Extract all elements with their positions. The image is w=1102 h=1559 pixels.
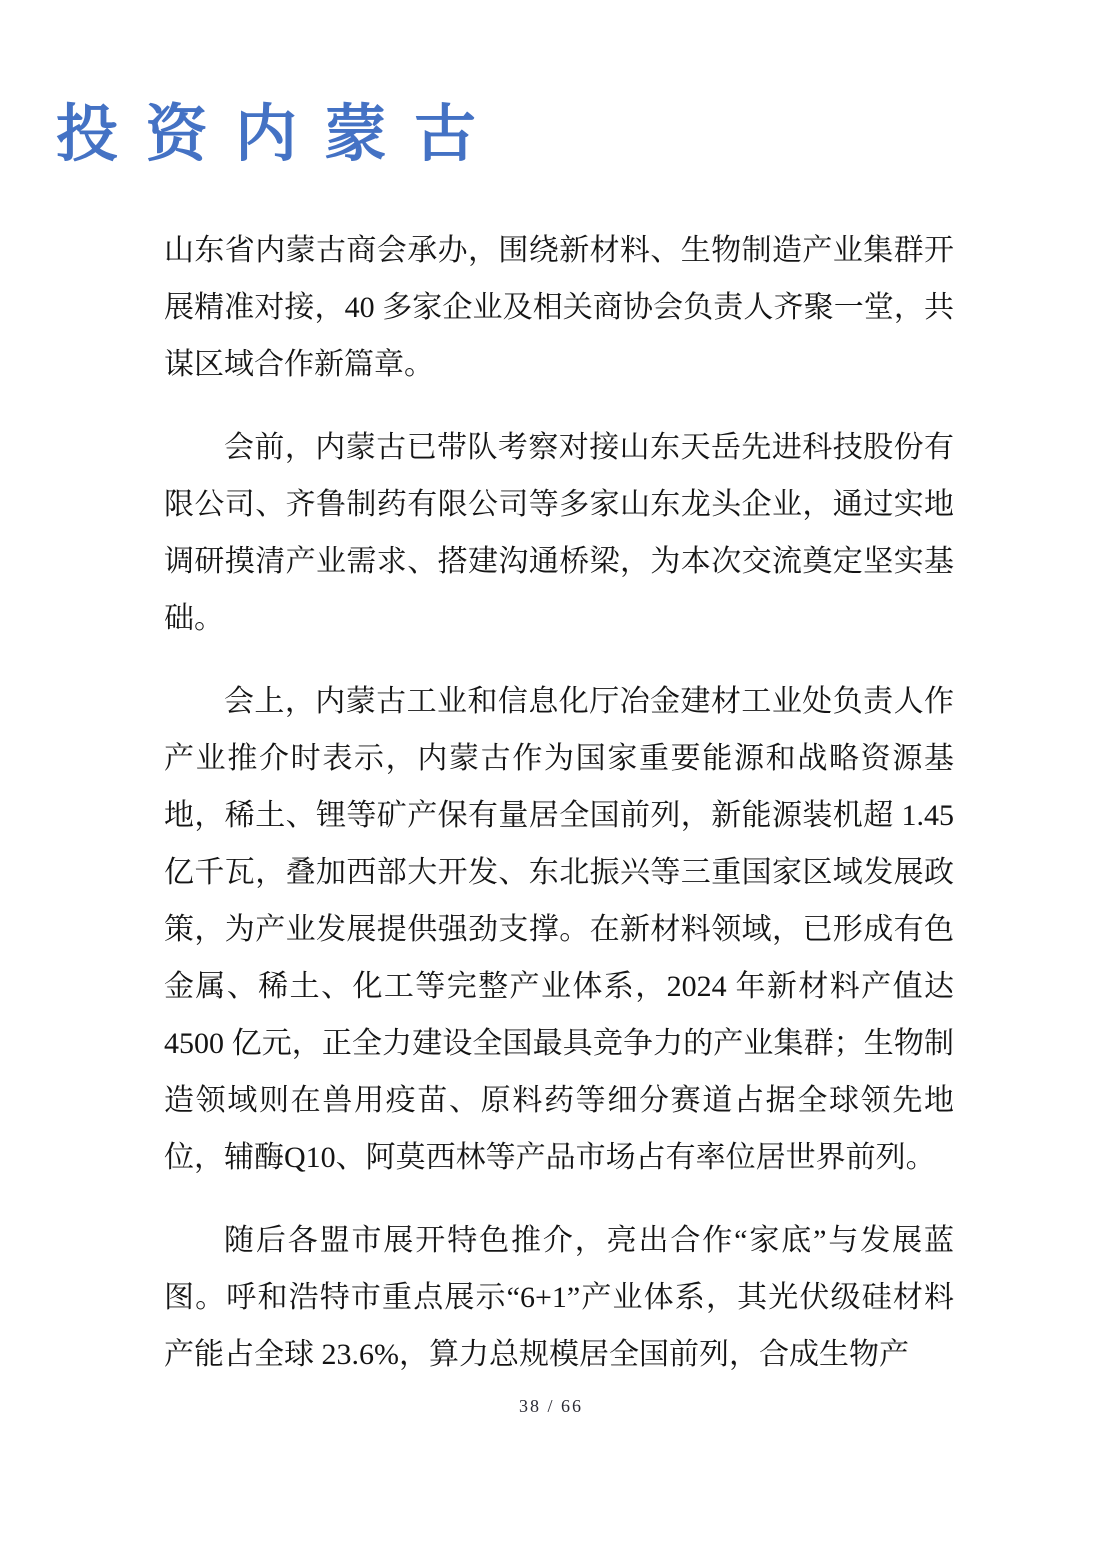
paragraph: 会前，内蒙古已带队考察对接山东天岳先进科技股份有限公司、齐鲁制药有限公司等多家山…	[164, 419, 954, 647]
page-title: 投 资 内 蒙 古	[56, 84, 482, 173]
paragraph: 随后各盟市展开特色推介，亮出合作“家底”与发展蓝图。呼和浩特市重点展示“6+1”…	[164, 1212, 954, 1383]
paragraph: 会上，内蒙古工业和信息化厅冶金建材工业处负责人作产业推介时表示，内蒙古作为国家重…	[164, 673, 954, 1186]
paragraph: 山东省内蒙古商会承办，围绕新材料、生物制造产业集群开展精准对接，40 多家企业及…	[164, 222, 954, 393]
page-number: 38 / 66	[0, 1396, 1102, 1417]
body-text: 山东省内蒙古商会承办，围绕新材料、生物制造产业集群开展精准对接，40 多家企业及…	[164, 222, 954, 1409]
document-page: 投 资 内 蒙 古 山东省内蒙古商会承办，围绕新材料、生物制造产业集群开展精准对…	[0, 0, 1102, 1559]
